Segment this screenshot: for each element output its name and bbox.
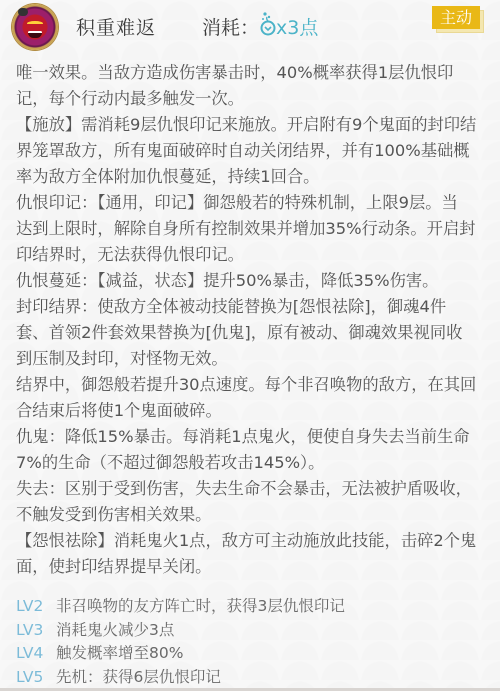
level-row: LV3消耗鬼火减少3点	[16, 619, 496, 643]
level-row: LV4触发概率增至80%	[16, 642, 496, 666]
desc-line: 合结束后将使1个鬼面破碎。	[16, 398, 500, 424]
desc-line: 仇恨印记：【通用，印记】御怨般若的特殊机制，上限9层。当	[16, 190, 500, 216]
level-text: 先机：获得6层仇恨印记	[56, 668, 221, 686]
desc-line: 界笼罩敌方，所有鬼面破碎时自动关闭结界，并有100%基础概	[16, 138, 500, 164]
desc-line: 印结界时，无法获得仇恨印记。	[16, 242, 500, 268]
oni-mask-avatar-icon	[12, 4, 58, 50]
desc-line: 【怨恨祛除】消耗鬼火1点，敌方可主动施放此技能，击碎2个鬼	[16, 528, 500, 554]
mask-mouth	[28, 31, 42, 38]
desc-line: 记，每个行动内最多触发一次。	[16, 86, 500, 112]
horn-icon	[18, 8, 28, 16]
level-upgrades: LV2非召唤物的友方阵亡时，获得3层仇恨印记 LV3消耗鬼火减少3点 LV4触发…	[16, 595, 496, 689]
desc-line: 7%的生命（不超过御怨般若攻击145%）。	[16, 450, 500, 476]
level-tag: LV3	[16, 619, 56, 643]
desc-line: 面，使封印结界提早关闭。	[16, 554, 500, 580]
desc-line: 失去：区别于受到伤害，失去生命不会暴击，无法被护盾吸收，	[16, 476, 500, 502]
level-text: 非召唤物的友方阵亡时，获得3层仇恨印记	[56, 597, 345, 615]
level-row: LV5先机：获得6层仇恨印记	[16, 666, 496, 690]
skill-description: 唯一效果。当敌方造成伤害暴击时，40%概率获得1层仇恨印 记，每个行动内最多触发…	[16, 60, 500, 580]
ghost-fire-icon	[259, 11, 277, 37]
desc-line: 结界中，御怨般若提升30点速度。每个非召唤物的敌方，在其回	[16, 372, 500, 398]
skill-type-badge: 主动	[432, 6, 484, 31]
skill-name: 积重难返	[76, 13, 156, 40]
skill-header: 积重难返 消耗： x3点 主动	[0, 0, 500, 52]
desc-line: 仇恨蔓延：【减益，状态】提升50%暴击，降低35%伤害。	[16, 268, 500, 294]
level-row: LV2非召唤物的友方阵亡时，获得3层仇恨印记	[16, 595, 496, 619]
desc-line: 仇鬼：降低15%暴击。每消耗1点鬼火，便使自身失去当前生命	[16, 424, 500, 450]
skill-card: 积重难返 消耗： x3点 主动 唯一效果。当敌方造成伤害暴击时，40%概率获得1…	[0, 0, 500, 691]
level-text: 触发概率增至80%	[56, 644, 183, 662]
badge-label: 主动	[432, 6, 480, 29]
cost-value: x3点	[276, 13, 318, 40]
desc-line: 到压制及封印，对怪物无效。	[16, 346, 500, 372]
desc-line: 套、首领2件套效果替换为[仇鬼]，原有被动、御魂效果视同收	[16, 320, 500, 346]
mask-eyes	[27, 21, 43, 26]
desc-line: 率为敌方全体附加仇恨蔓延，持续1回合。	[16, 164, 500, 190]
desc-line: 不触发受到伤害相关效果。	[16, 502, 500, 528]
desc-line: 达到上限时，解除自身所有控制效果并增加35%行动条。开启封	[16, 216, 500, 242]
level-tag: LV2	[16, 595, 56, 619]
level-text: 消耗鬼火减少3点	[56, 621, 174, 639]
desc-line: 唯一效果。当敌方造成伤害暴击时，40%概率获得1层仇恨印	[16, 60, 500, 86]
level-tag: LV5	[16, 666, 56, 690]
cost-label: 消耗：	[202, 13, 259, 40]
desc-line: 封印结界：使敌方全体被动技能替换为[怨恨祛除]，御魂4件	[16, 294, 500, 320]
desc-line: 【施放】需消耗9层仇恨印记来施放。开启附有9个鬼面的封印结	[16, 112, 500, 138]
level-tag: LV4	[16, 642, 56, 666]
